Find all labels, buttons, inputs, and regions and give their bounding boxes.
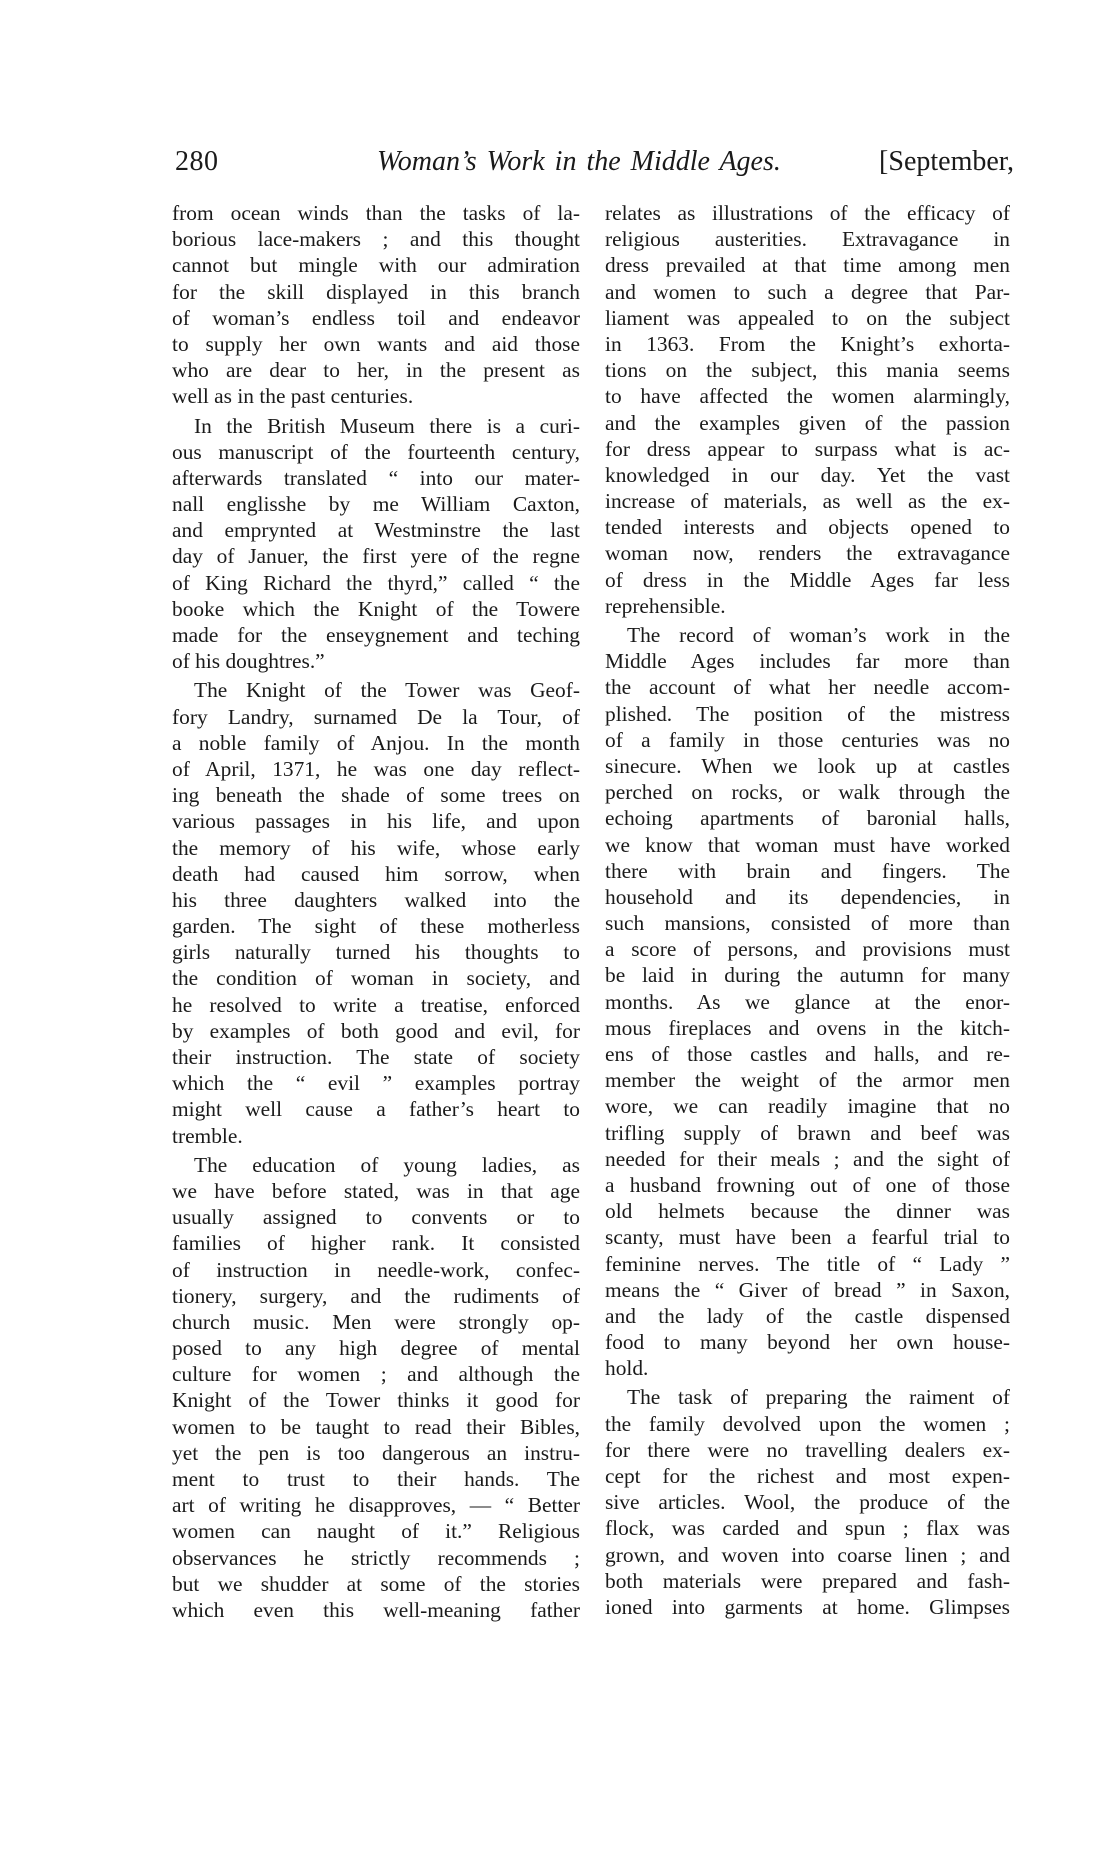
text-line: household and its dependencies, in [605, 884, 1010, 910]
text-line: relates as illustrations of the efficacy… [605, 200, 1010, 226]
text-line: nall englisshe by me William Caxton, [172, 491, 580, 517]
text-line: a score of persons, and provisions must [605, 936, 1010, 962]
text-line: knowledged in our day. Yet the vast [605, 462, 1010, 488]
left-column: from ocean winds than the tasks of la-bo… [172, 200, 580, 1626]
text-line: well as in the past centuries. [172, 383, 580, 409]
text-line: ment to trust to their hands. The [172, 1466, 580, 1492]
text-line: ous manuscript of the fourteenth century… [172, 439, 580, 465]
text-line: food to many beyond her own house- [605, 1329, 1010, 1355]
text-line: flock, was carded and spun ; flax was [605, 1515, 1010, 1541]
text-line: the family devolved upon the women ; [605, 1411, 1010, 1437]
paragraph: The task of preparing the raiment ofthe … [605, 1384, 1010, 1620]
text-line: tionery, surgery, and the rudiments of [172, 1283, 580, 1309]
paragraph: The record of woman’s work in theMiddle … [605, 622, 1010, 1381]
text-line: wore, we can readily imagine that no [605, 1093, 1010, 1119]
text-line: old helmets because the dinner was [605, 1198, 1010, 1224]
page-number: 280 [175, 146, 219, 178]
text-line: made for the enseygnement and teching [172, 622, 580, 648]
text-line: booke which the Knight of the Towere [172, 596, 580, 622]
paragraph: In the British Museum there is a curi-ou… [172, 413, 580, 675]
text-line: religious austerities. Extravagance in [605, 226, 1010, 252]
text-line: be laid in during the autumn for many [605, 962, 1010, 988]
text-line: of dress in the Middle Ages far less [605, 567, 1010, 593]
paragraph: The Knight of the Tower was Geof-fory La… [172, 677, 580, 1148]
text-line: but we shudder at some of the stories [172, 1571, 580, 1597]
text-line: needed for their meals ; and the sight o… [605, 1146, 1010, 1172]
text-line: and emprynted at Westminstre the last [172, 517, 580, 543]
text-line: in 1363. From the Knight’s exhorta- [605, 331, 1010, 357]
text-line: for there were no travelling dealers ex- [605, 1437, 1010, 1463]
text-line: Middle Ages includes far more than [605, 648, 1010, 674]
text-line: afterwards translated “ into our mater- [172, 465, 580, 491]
text-line: ing beneath the shade of some trees on [172, 782, 580, 808]
text-line: observances he strictly recommends ; [172, 1545, 580, 1571]
text-line: his three daughters walked into the [172, 887, 580, 913]
text-line: cept for the richest and most expen- [605, 1463, 1010, 1489]
text-line: both materials were prepared and fash- [605, 1568, 1010, 1594]
text-line: In the British Museum there is a curi- [172, 413, 580, 439]
text-line: echoing apartments of baronial halls, [605, 805, 1010, 831]
text-line: art of writing he disapproves, — “ Bette… [172, 1492, 580, 1518]
right-column: relates as illustrations of the efficacy… [605, 200, 1010, 1623]
text-line: woman now, renders the extravagance [605, 540, 1010, 566]
text-line: of his doughtres.” [172, 648, 580, 674]
text-line: sinecure. When we look up at castles [605, 753, 1010, 779]
text-line: ens of those castles and halls, and re- [605, 1041, 1010, 1067]
text-line: we have before stated, was in that age [172, 1178, 580, 1204]
text-line: to supply her own wants and aid those [172, 331, 580, 357]
text-line: usually assigned to convents or to [172, 1204, 580, 1230]
text-line: The task of preparing the raiment of [605, 1384, 1010, 1410]
text-line: to have affected the women alarmingly, [605, 383, 1010, 409]
text-line: scanty, must have been a fearful trial t… [605, 1224, 1010, 1250]
text-line: ioned into garments at home. Glimpses [605, 1594, 1010, 1620]
text-line: a husband frowning out of one of those [605, 1172, 1010, 1198]
text-line: and the lady of the castle dispensed [605, 1303, 1010, 1329]
text-line: means the “ Giver of bread ” in Saxon, [605, 1277, 1010, 1303]
text-line: posed to any high degree of mental [172, 1335, 580, 1361]
text-line: by examples of both good and evil, for [172, 1018, 580, 1044]
text-line: and the examples given of the passion [605, 410, 1010, 436]
text-line: garden. The sight of these motherless [172, 913, 580, 939]
text-line: which the “ evil ” examples portray [172, 1070, 580, 1096]
text-line: women to be taught to read their Bibles, [172, 1414, 580, 1440]
paragraph: relates as illustrations of the efficacy… [605, 200, 1010, 619]
paragraph: from ocean winds than the tasks of la-bo… [172, 200, 580, 410]
text-line: such mansions, consisted of more than [605, 910, 1010, 936]
text-line: of instruction in needle-work, confec- [172, 1257, 580, 1283]
text-line: grown, and woven into coarse linen ; and [605, 1542, 1010, 1568]
text-line: of woman’s endless toil and endeavor [172, 305, 580, 331]
text-line: of a family in those centuries was no [605, 727, 1010, 753]
text-line: we know that woman must have worked [605, 832, 1010, 858]
text-line: from ocean winds than the tasks of la- [172, 200, 580, 226]
text-line: tended interests and objects opened to [605, 514, 1010, 540]
text-line: of April, 1371, he was one day reflect- [172, 756, 580, 782]
text-line: who are dear to her, in the present as [172, 357, 580, 383]
text-line: their instruction. The state of society [172, 1044, 580, 1070]
text-line: The record of woman’s work in the [605, 622, 1010, 648]
text-line: of King Richard the thyrd,” called “ the [172, 570, 580, 596]
text-line: day of Januer, the first yere of the reg… [172, 543, 580, 569]
text-line: Knight of the Tower thinks it good for [172, 1387, 580, 1413]
text-line: for the skill displayed in this branch [172, 279, 580, 305]
text-line: the memory of his wife, whose early [172, 835, 580, 861]
text-line: there with brain and fingers. The [605, 858, 1010, 884]
text-line: women can naught of it.” Religious [172, 1518, 580, 1544]
text-line: mous fireplaces and ovens in the kitch- [605, 1015, 1010, 1041]
text-line: various passages in his life, and upon [172, 808, 580, 834]
paragraph: The education of young ladies, aswe have… [172, 1152, 580, 1623]
text-line: fory Landry, surnamed De la Tour, of [172, 704, 580, 730]
text-line: member the weight of the armor men [605, 1067, 1010, 1093]
text-line: the condition of woman in society, and [172, 965, 580, 991]
text-line: death had caused him sorrow, when [172, 861, 580, 887]
text-line: plished. The position of the mistress [605, 701, 1010, 727]
text-line: church music. Men were strongly op- [172, 1309, 580, 1335]
text-line: increase of materials, as well as the ex… [605, 488, 1010, 514]
text-line: he resolved to write a treatise, enforce… [172, 992, 580, 1018]
text-line: for dress appear to surpass what is ac- [605, 436, 1010, 462]
text-line: which even this well-meaning father [172, 1597, 580, 1623]
running-header: 280 Woman’s Work in the Middle Ages. [Se… [172, 146, 1014, 180]
text-line: dress prevailed at that time among men [605, 252, 1010, 278]
text-line: trifling supply of brawn and beef was [605, 1120, 1010, 1146]
text-line: sive articles. Wool, the produce of the [605, 1489, 1010, 1515]
text-line: girls naturally turned his thoughts to [172, 939, 580, 965]
text-line: months. As we glance at the enor- [605, 989, 1010, 1015]
text-line: culture for women ; and although the [172, 1361, 580, 1387]
text-line: borious lace-makers ; and this thought [172, 226, 580, 252]
text-line: liament was appealed to on the subject [605, 305, 1010, 331]
text-line: The education of young ladies, as [172, 1152, 580, 1178]
text-line: yet the pen is too dangerous an instru- [172, 1440, 580, 1466]
text-line: the account of what her needle accom- [605, 674, 1010, 700]
text-line: tremble. [172, 1123, 580, 1149]
text-line: The Knight of the Tower was Geof- [172, 677, 580, 703]
text-line: a noble family of Anjou. In the month [172, 730, 580, 756]
text-line: and women to such a degree that Par- [605, 279, 1010, 305]
text-line: families of higher rank. It consisted [172, 1230, 580, 1256]
text-line: feminine nerves. The title of “ Lady ” [605, 1251, 1010, 1277]
issue-month: [September, [879, 146, 1014, 178]
text-line: tions on the subject, this mania seems [605, 357, 1010, 383]
text-line: reprehensible. [605, 593, 1010, 619]
running-title: Woman’s Work in the Middle Ages. [377, 146, 781, 178]
text-line: perched on rocks, or walk through the [605, 779, 1010, 805]
text-line: cannot but mingle with our admiration [172, 252, 580, 278]
text-line: hold. [605, 1355, 1010, 1381]
text-line: might well cause a father’s heart to [172, 1096, 580, 1122]
